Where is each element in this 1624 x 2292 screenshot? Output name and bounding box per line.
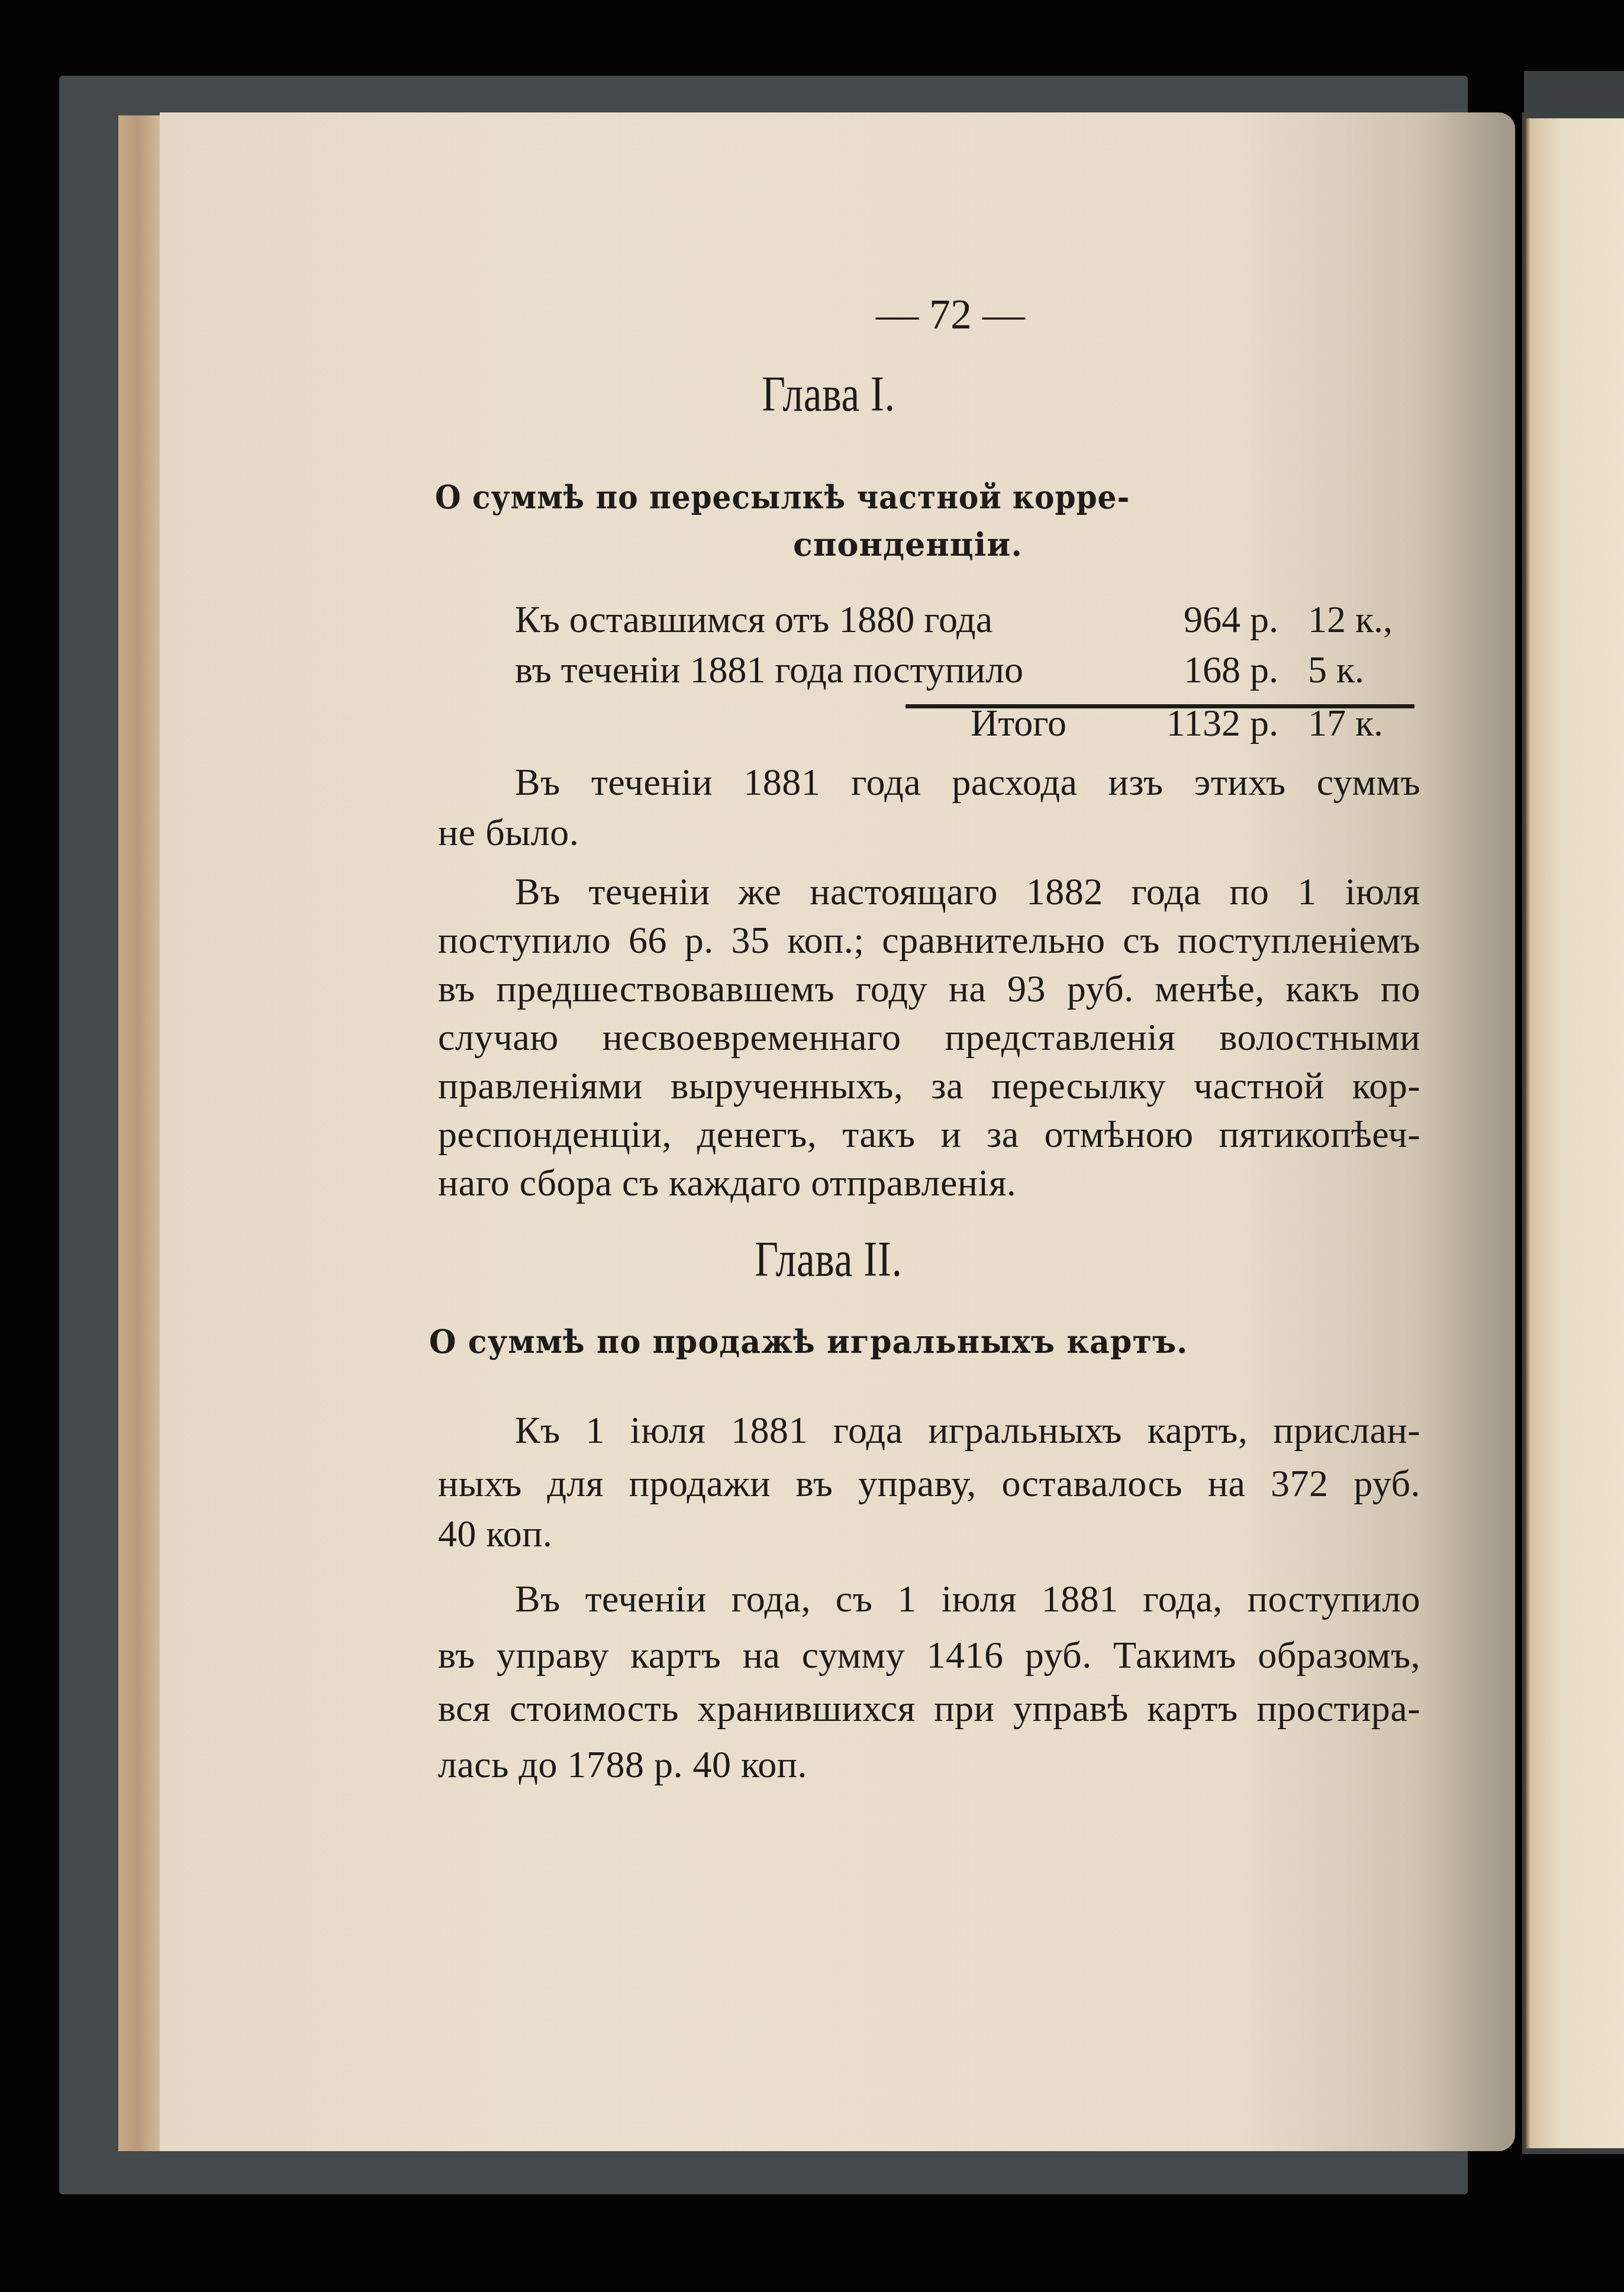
ledger-kopecks: 12 к.,	[1308, 598, 1414, 641]
chapter-2-title: Глава II.	[634, 1231, 1023, 1288]
ledger-kopecks: 5 к.	[1308, 648, 1414, 692]
paragraph-line: вся стоимость хранившихся при управѣ кар…	[438, 1687, 1420, 1730]
paragraph-line: 40 коп.	[438, 1512, 553, 1556]
paragraph-line: случаю несвоевременнаго представленія во…	[438, 1016, 1420, 1059]
ledger-label: Къ оставшимся отъ 1880 года	[515, 598, 993, 641]
paragraph-line: лась до 1788 р. 40 коп.	[438, 1743, 807, 1787]
paragraph-line: респонденціи, денегъ, такъ и за отмѣною …	[438, 1113, 1420, 1156]
paragraph-line: поступило 66 р. 35 коп.; сравнительно съ…	[438, 918, 1420, 962]
chapter-1-subtitle-line-1: О суммѣ по пересылкѣ частной корре-	[435, 478, 1130, 516]
ledger-total-rubles: 1132 р.	[1166, 701, 1278, 745]
page-number: — 72 —	[876, 290, 1025, 339]
chapter-1-title: Глава I.	[634, 366, 1023, 423]
ledger-total-label: Итого	[971, 701, 1066, 745]
page-edge-stack	[118, 115, 166, 2151]
right-page	[1526, 118, 1624, 2148]
paragraph-line: не было.	[438, 811, 579, 855]
ledger-label: въ теченіи 1881 года поступило	[515, 648, 1023, 692]
paragraph-line: въ предшествовавшемъ году на 93 руб. мен…	[438, 967, 1420, 1011]
ledger-rubles: 964 р.	[1166, 598, 1278, 641]
paragraph-line: Въ теченіи 1881 года расхода изъ этихъ с…	[438, 760, 1420, 804]
paragraph-line: Къ 1 іюля 1881 года игральныхъ картъ, пр…	[438, 1408, 1420, 1452]
paragraph-line: Въ теченіи года, съ 1 іюля 1881 года, по…	[438, 1577, 1420, 1621]
paragraph-line: Въ теченіи же настоящаго 1882 года по 1 …	[438, 870, 1420, 914]
paragraph-line: наго сбора съ каждаго отправленія.	[438, 1161, 1016, 1205]
chapter-1-subtitle-line-2: спонденціи.	[793, 526, 1023, 563]
chapter-2-subtitle: О суммѣ по продажѣ игральныхъ картъ.	[429, 1323, 1188, 1361]
paragraph-line: въ управу картъ на сумму 1416 руб. Таким…	[438, 1633, 1420, 1677]
ledger-total-kopecks: 17 к.	[1308, 701, 1414, 745]
paragraph-line: правленіями вырученныхъ, за пересылку ча…	[438, 1064, 1420, 1108]
ledger-rubles: 168 р.	[1166, 648, 1278, 692]
paragraph-line: ныхъ для продажи въ управу, оставалось н…	[438, 1462, 1420, 1506]
